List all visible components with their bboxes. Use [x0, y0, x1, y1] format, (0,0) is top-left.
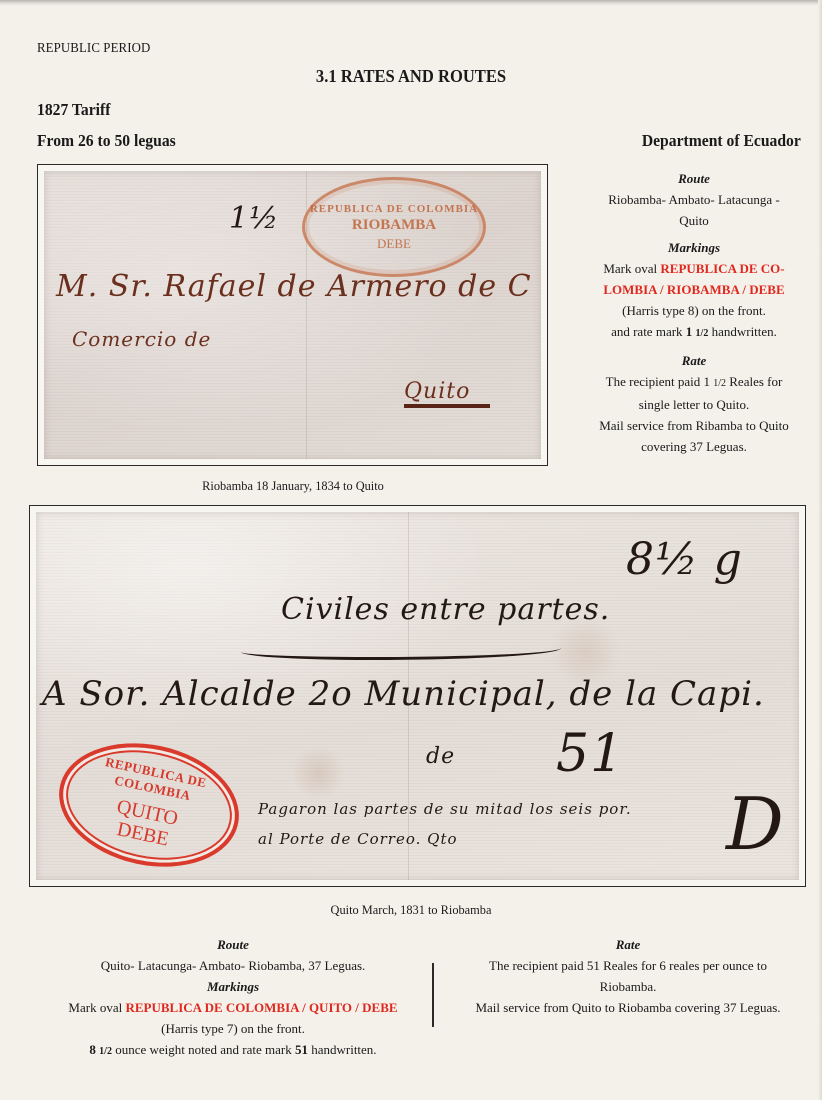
cover-2-image: 8½ g Civiles entre partes. A Sor. Alcald… [36, 512, 799, 880]
markings-text: Mark oval REPUBLICA DE CO-LOMBIA / RIOBA… [578, 258, 810, 300]
markings-line3-prefix: and rate mark [611, 324, 686, 339]
handwritten-note-line2: al Porte de Correo. Qto [258, 830, 458, 848]
markings-line3: 8 1/2 ounce weight noted and rate mark 5… [30, 1039, 436, 1062]
cover-1-frame: REPUBLICA DE COLOMBIA RIOBAMBA DEBE 1½ M… [37, 164, 548, 466]
page-title: 3.1 RATES AND ROUTES [33, 66, 789, 87]
rate-line3: Mail service from Quito to Riobamba cove… [443, 997, 813, 1018]
rate-line4: covering 37 Leguas. [578, 436, 810, 457]
riobamba-oval-postmark: REPUBLICA DE COLOMBIA RIOBAMBA DEBE [302, 177, 486, 277]
handwritten-initial: D [726, 782, 785, 866]
handwritten-addressee: M. Sr. Rafael de Armero de C [56, 269, 532, 304]
markings-line2: (Harris type 7) on the front. [30, 1018, 436, 1039]
rate-fraction: 1/2 [696, 328, 709, 339]
rate-line2: Riobamba. [443, 976, 813, 997]
markings-line3: and rate mark 1 1/2 handwritten. [578, 321, 810, 344]
flourish [241, 640, 561, 660]
route-heading: Route [30, 934, 436, 955]
route-text: Riobamba- Ambato- Latacunga - Quito [578, 189, 810, 231]
markings-text: Mark oval REPUBLICA DE COLOMBIA / QUITO … [30, 997, 436, 1018]
handwritten-destination: Quito [404, 379, 490, 408]
column-divider [432, 963, 434, 1027]
tariff-heading: 1827 Tariff [37, 100, 110, 120]
cover-1-info-panel: Route Riobamba- Ambato- Latacunga - Quit… [578, 168, 810, 457]
markings-heading: Markings [578, 237, 810, 258]
cover-1-image: REPUBLICA DE COLOMBIA RIOBAMBA DEBE 1½ M… [44, 171, 541, 459]
cover-2-frame: 8½ g Civiles entre partes. A Sor. Alcald… [29, 505, 806, 887]
handwritten-addressee-line2: Comercio de [72, 327, 211, 351]
route-text: Quito- Latacunga- Ambato- Riobamba, 37 L… [30, 955, 436, 976]
period-label: REPUBLIC PERIOD [37, 41, 150, 57]
markings-prefix: Mark oval [603, 261, 660, 276]
markings-line3-suffix: handwritten. [308, 1042, 377, 1057]
cover-2-rate-panel: Rate The recipient paid 51 Reales for 6 … [443, 934, 813, 1018]
handwritten-note-line1: Pagaron las partes de su mitad los seis … [258, 800, 632, 818]
rate-line1-prefix: The recipient paid 1 [606, 374, 714, 389]
weight-number: 8 [89, 1042, 96, 1057]
markings-prefix: Mark oval [68, 1000, 125, 1015]
handwritten-weight: 8½ g [626, 534, 743, 585]
rate-number: 51 [295, 1042, 308, 1057]
handwritten-service-note: Civiles entre partes. [281, 592, 610, 627]
department-heading: Department of Ecuador [642, 131, 801, 151]
rate-heading: Rate [578, 350, 810, 371]
route-heading: Route [578, 168, 810, 189]
handwritten-addressee: A Sor. Alcalde 2o Municipal, de la Capi. [42, 674, 765, 714]
handwritten-rate: 1½ [229, 201, 279, 236]
cover-2-route-markings-panel: Route Quito- Latacunga- Ambato- Riobamba… [30, 934, 436, 1062]
rate-line1: The recipient paid 51 Reales for 6 reale… [443, 955, 813, 976]
rate-line1-fraction: 1/2 [713, 378, 726, 389]
cover-1-caption: Riobamba 18 January, 1834 to Quito [51, 478, 536, 494]
rate-line3: Mail service from Ribamba to Quito [578, 415, 810, 436]
cover-2-caption: Quito March, 1831 to Riobamba [21, 902, 802, 918]
rate-number: 1 [686, 324, 693, 339]
distance-range-heading: From 26 to 50 leguas [37, 131, 176, 151]
postmark-debe: DEBE [377, 236, 411, 252]
rate-line1-suffix: Reales for [726, 374, 782, 389]
markings-line3-suffix: handwritten. [708, 324, 777, 339]
page-right-edge [818, 0, 822, 1100]
weight-fraction: 1/2 [99, 1046, 112, 1057]
markings-heading: Markings [30, 976, 436, 997]
markings-line2: (Harris type 8) on the front. [578, 300, 810, 321]
quito-oval-postmark: REPUBLICA DE COLOMBIA QUITO DEBE [48, 727, 251, 880]
markings-line3-mid: ounce weight noted and rate mark [112, 1042, 295, 1057]
rate-line2: single letter to Quito. [578, 394, 810, 415]
postmark-ring-text: REPUBLICA DE COLOMBIA [310, 203, 478, 215]
markings-highlight: REPUBLICA DE COLOMBIA / QUITO / DEBE [125, 1000, 397, 1015]
handwritten-de: de [426, 744, 455, 769]
postmark-town: RIOBAMBA [352, 217, 436, 234]
rate-line1: The recipient paid 1 1/2 Reales for [578, 371, 810, 394]
handwritten-rate: 51 [556, 724, 624, 784]
rate-heading: Rate [443, 934, 813, 955]
page-top-edge [0, 0, 822, 6]
